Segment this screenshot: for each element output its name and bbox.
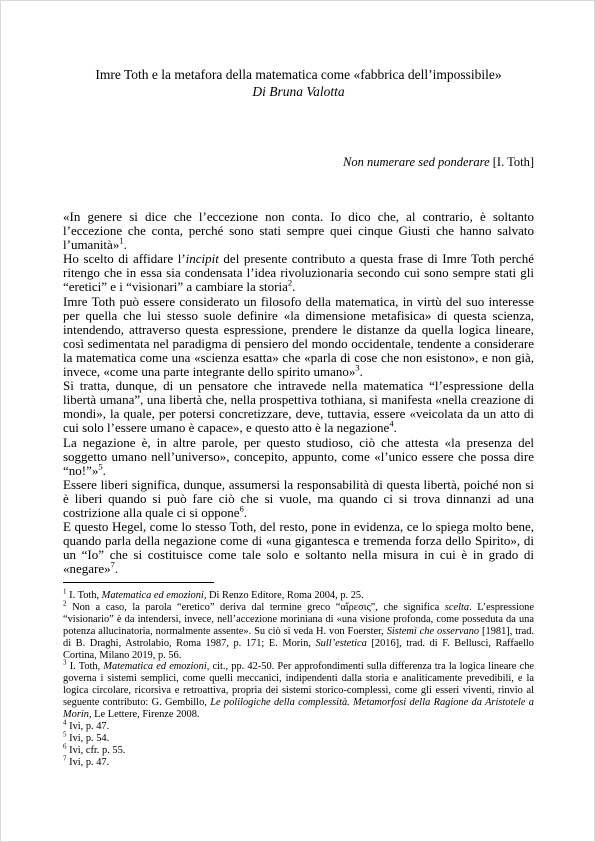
paragraph: «In genere si dice che l’eccezione non c… bbox=[63, 210, 534, 252]
text-run: Non a caso, la parola “eretico” deriva d… bbox=[72, 602, 445, 613]
italic-text: Sull’estetica bbox=[315, 638, 366, 649]
text-run: . bbox=[360, 364, 363, 379]
text-run: Essere liberi significa, dunque, assumer… bbox=[63, 477, 534, 520]
footnote-list: 1 I. Toth, Matematica ed emozioni, Di Re… bbox=[63, 590, 534, 769]
footnote-number: 7 bbox=[63, 754, 67, 762]
document-page: Imre Toth e la metafora della matematica… bbox=[0, 0, 595, 842]
text-run: . bbox=[292, 279, 295, 294]
epigraph: Non numerare sed ponderare [I. Toth] bbox=[63, 155, 534, 170]
text-run: Ho scelto di affidare l’ bbox=[63, 251, 186, 266]
footnote: 1 I. Toth, Matematica ed emozioni, Di Re… bbox=[63, 590, 534, 602]
footnote: 4 Ivi, p. 47. bbox=[63, 721, 534, 733]
document-header: Imre Toth e la metafora della matematica… bbox=[63, 67, 534, 100]
italic-text: scelta bbox=[445, 602, 469, 613]
author-line: Di Bruna Valotta bbox=[63, 84, 534, 101]
footnotes-section: 1 I. Toth, Matematica ed emozioni, Di Re… bbox=[63, 582, 534, 769]
document-body: «In genere si dice che l’eccezione non c… bbox=[63, 210, 534, 576]
italic-text: Matematica ed emozioni bbox=[102, 590, 204, 601]
text-run: E questo Hegel, come lo stesso Toth, del… bbox=[63, 519, 534, 576]
footnote-number: 5 bbox=[63, 730, 67, 738]
footnote-number: 3 bbox=[63, 659, 67, 667]
italic-text: Matematica ed emozioni bbox=[103, 661, 206, 672]
footnote: 7 Ivi, p. 47. bbox=[63, 757, 534, 769]
text-run: . bbox=[103, 463, 106, 478]
footnote-number: 6 bbox=[63, 742, 67, 750]
text-run: . bbox=[394, 420, 397, 435]
text-run: I. Toth, bbox=[69, 590, 102, 601]
footnote-number: 2 bbox=[63, 599, 67, 607]
footnote: 3 I. Toth, Matematica ed emozioni, cit.,… bbox=[63, 661, 534, 721]
paragraph: Si tratta, dunque, di un pensatore che i… bbox=[63, 379, 534, 435]
footnote-number: 4 bbox=[63, 719, 67, 727]
text-run: Imre Toth può essere considerato un filo… bbox=[63, 294, 534, 379]
italic-text: Sistemi che osservano bbox=[387, 626, 479, 637]
paragraph: La negazione è, in altre parole, per que… bbox=[63, 436, 534, 478]
paragraph: E questo Hegel, come lo stesso Toth, del… bbox=[63, 520, 534, 576]
text-run: Ivi, p. 47. bbox=[69, 757, 109, 768]
text-run: , Di Renzo Editore, Roma 2004, p. 25. bbox=[204, 590, 364, 601]
text-run: Si tratta, dunque, di un pensatore che i… bbox=[63, 378, 534, 435]
text-run: La negazione è, in altre parole, per que… bbox=[63, 435, 534, 478]
text-run: Ivi, p. 54. bbox=[69, 733, 109, 744]
footnote: 6 Ivi, cfr. p. 55. bbox=[63, 745, 534, 757]
epigraph-attribution: [I. Toth] bbox=[490, 155, 534, 169]
text-run: . bbox=[244, 505, 247, 520]
epigraph-quote: Non numerare sed ponderare bbox=[343, 155, 490, 169]
text-run: . bbox=[115, 561, 118, 576]
italic-text: incipit bbox=[186, 251, 219, 266]
text-run: . bbox=[124, 237, 127, 252]
footnote-separator bbox=[63, 582, 214, 583]
page-title: Imre Toth e la metafora della matematica… bbox=[63, 67, 534, 84]
text-run: Ivi, p. 47. bbox=[69, 721, 109, 732]
text-run: «In genere si dice che l’eccezione non c… bbox=[63, 209, 534, 252]
paragraph: Imre Toth può essere considerato un filo… bbox=[63, 295, 534, 380]
paragraph: Essere liberi significa, dunque, assumer… bbox=[63, 478, 534, 520]
text-run: , Le Lettere, Firenze 2008. bbox=[89, 709, 200, 720]
footnote: 2 Non a caso, la parola “eretico” deriva… bbox=[63, 602, 534, 662]
paragraph: Ho scelto di affidare l’incipit del pres… bbox=[63, 252, 534, 294]
text-run: Ivi, cfr. p. 55. bbox=[69, 745, 125, 756]
footnote: 5 Ivi, p. 54. bbox=[63, 733, 534, 745]
text-run: I. Toth, bbox=[70, 661, 104, 672]
footnote-number: 1 bbox=[63, 588, 67, 596]
